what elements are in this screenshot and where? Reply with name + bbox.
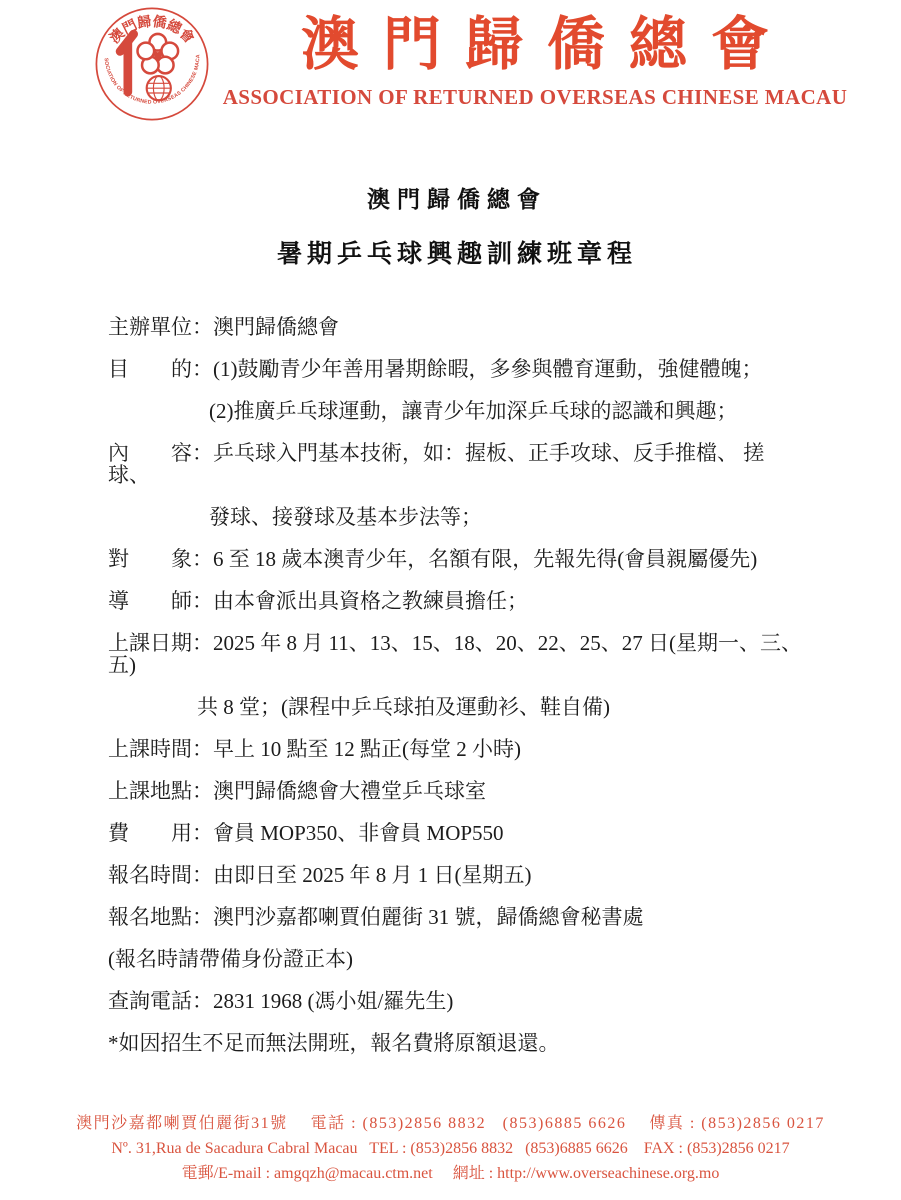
line-class-dates-2: 共 8 堂；(課程中乒乓球拍及運動衫、鞋自備) xyxy=(108,696,806,718)
line-class-time: 上課時間：早上 10 點至 12 點正(每堂 2 小時) xyxy=(108,738,806,760)
line-refund-note: *如因招生不足而無法開班，報名費將原額退還。 xyxy=(108,1032,806,1054)
footer-email-web: 電郵/E-mail : amgqzh@macau.ctm.net 網址 : ht… xyxy=(0,1161,901,1186)
line-class-venue: 上課地點：澳門歸僑總會大禮堂乒乓球室 xyxy=(108,780,806,802)
seal-center-emblem xyxy=(120,34,178,100)
line-class-dates-1: 上課日期：2025 年 8 月 11、13、15、18、20、22、25、27 … xyxy=(108,632,806,676)
line-signup-venue: 報名地點：澳門沙嘉都喇賈伯麗街 31 號，歸僑總會秘書處 xyxy=(108,906,806,928)
globe-icon xyxy=(147,76,171,100)
notice-lines: 主辦單位：澳門歸僑總會 目 的：(1)鼓勵青少年善用暑期餘暇，多參與體育運動，強… xyxy=(108,316,806,1054)
letterhead-text: 澳門歸僑總會 ASSOCIATION OF RETURNED OVERSEAS … xyxy=(205,4,865,108)
line-id-note: (報名時請帶備身份證正本) xyxy=(108,948,806,970)
notice-body: 澳門歸僑總會 暑期乒乓球興趣訓練班章程 主辦單位：澳門歸僑總會 目 的：(1)鼓… xyxy=(0,184,901,1054)
line-fee: 費 用：會員 MOP350、非會員 MOP550 xyxy=(108,822,806,844)
line-content-1: 內 容：乒乓球入門基本技術，如：握板、正手攻球、反手推檔、 搓球、 xyxy=(108,442,806,486)
association-seal-logo: 澳門歸僑總會 ASSOCIATION OF RETURNED OVERSEAS … xyxy=(94,6,210,122)
notice-title-org: 澳門歸僑總會 xyxy=(108,184,806,216)
line-purpose-1: 目 的：(1)鼓勵青少年善用暑期餘暇，多參與體育運動，強健體魄； xyxy=(108,358,806,380)
footer-address-cn: 澳門沙嘉都喇賈伯麗街31號 電話 : (853)2856 8832 (853)6… xyxy=(0,1111,901,1136)
org-name-calligraphy: 澳門歸僑總會 xyxy=(205,4,865,86)
line-organizer: 主辦單位：澳門歸僑總會 xyxy=(108,316,806,338)
line-instructor: 導 師：由本會派出具資格之教練員擔任； xyxy=(108,590,806,612)
line-target: 對 象：6 至 18 歲本澳青少年，名額有限，先報先得(會員親屬優先) xyxy=(108,548,806,570)
notice-title-course: 暑期乒乓球興趣訓練班章程 xyxy=(108,238,806,272)
line-content-2: 發球、接發球及基本步法等； xyxy=(108,506,806,528)
line-purpose-2: (2)推廣乒乓球運動，讓青少年加深乒乓球的認識和興趣； xyxy=(108,400,806,422)
letterhead-footer: 澳門沙嘉都喇賈伯麗街31號 電話 : (853)2856 8832 (853)6… xyxy=(0,1111,901,1186)
line-enquiry-phone: 查詢電話：2831 1968 (馮小姐/羅先生) xyxy=(108,990,806,1012)
footer-address-en: Nº. 31,Rua de Sacadura Cabral Macau TEL … xyxy=(0,1136,901,1161)
org-name-english: ASSOCIATION OF RETURNED OVERSEAS CHINESE… xyxy=(205,86,865,108)
letterhead: 澳門歸僑總會 ASSOCIATION OF RETURNED OVERSEAS … xyxy=(0,0,901,130)
document-page: 澳門歸僑總會 ASSOCIATION OF RETURNED OVERSEAS … xyxy=(0,0,901,1200)
line-signup-period: 報名時間：由即日至 2025 年 8 月 1 日(星期五) xyxy=(108,864,806,886)
